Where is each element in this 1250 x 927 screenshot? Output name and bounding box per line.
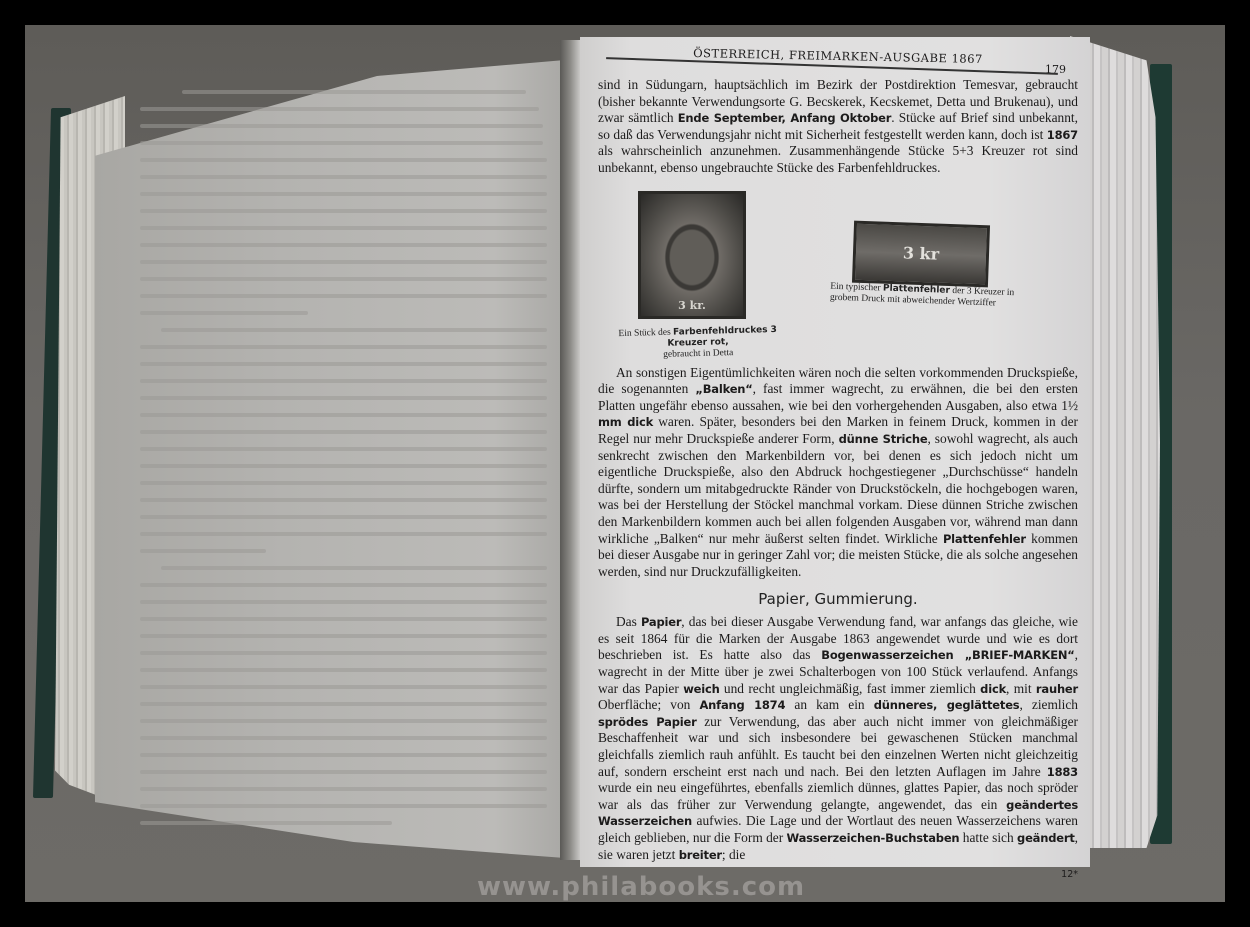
stamp-figures: 3 kr. 3 kr Ein Stück des Farbenfehldruck… — [598, 185, 1078, 365]
section-title: Papier, Gummierung. — [598, 590, 1078, 608]
figure-caption-1: Ein Stück des Farbenfehldruckes 3 Kreuze… — [598, 324, 799, 362]
figure-caption-2: Ein typischer Plattenfehler der 3 Kreuze… — [830, 281, 1021, 310]
page-number: 179 — [1045, 63, 1066, 76]
stamp-image-color-error: 3 kr. — [638, 191, 746, 319]
book-gutter — [560, 40, 580, 860]
stamp-image-plate-error: 3 kr — [852, 220, 990, 287]
right-page: ÖSTERREICH, FREIMARKEN-AUSGABE 1867 179 … — [580, 37, 1090, 867]
paragraph-2: An sonstigen Eigentümlichkeiten wären no… — [598, 365, 1078, 581]
watermark-text: www.philabooks.com — [477, 872, 805, 902]
paragraph-1: sind in Südungarn, hauptsächlich im Bezi… — [598, 77, 1078, 177]
paragraph-3: Das Papier, das bei dieser Ausgabe Verwe… — [598, 614, 1078, 863]
left-page-faint-text — [140, 90, 560, 838]
